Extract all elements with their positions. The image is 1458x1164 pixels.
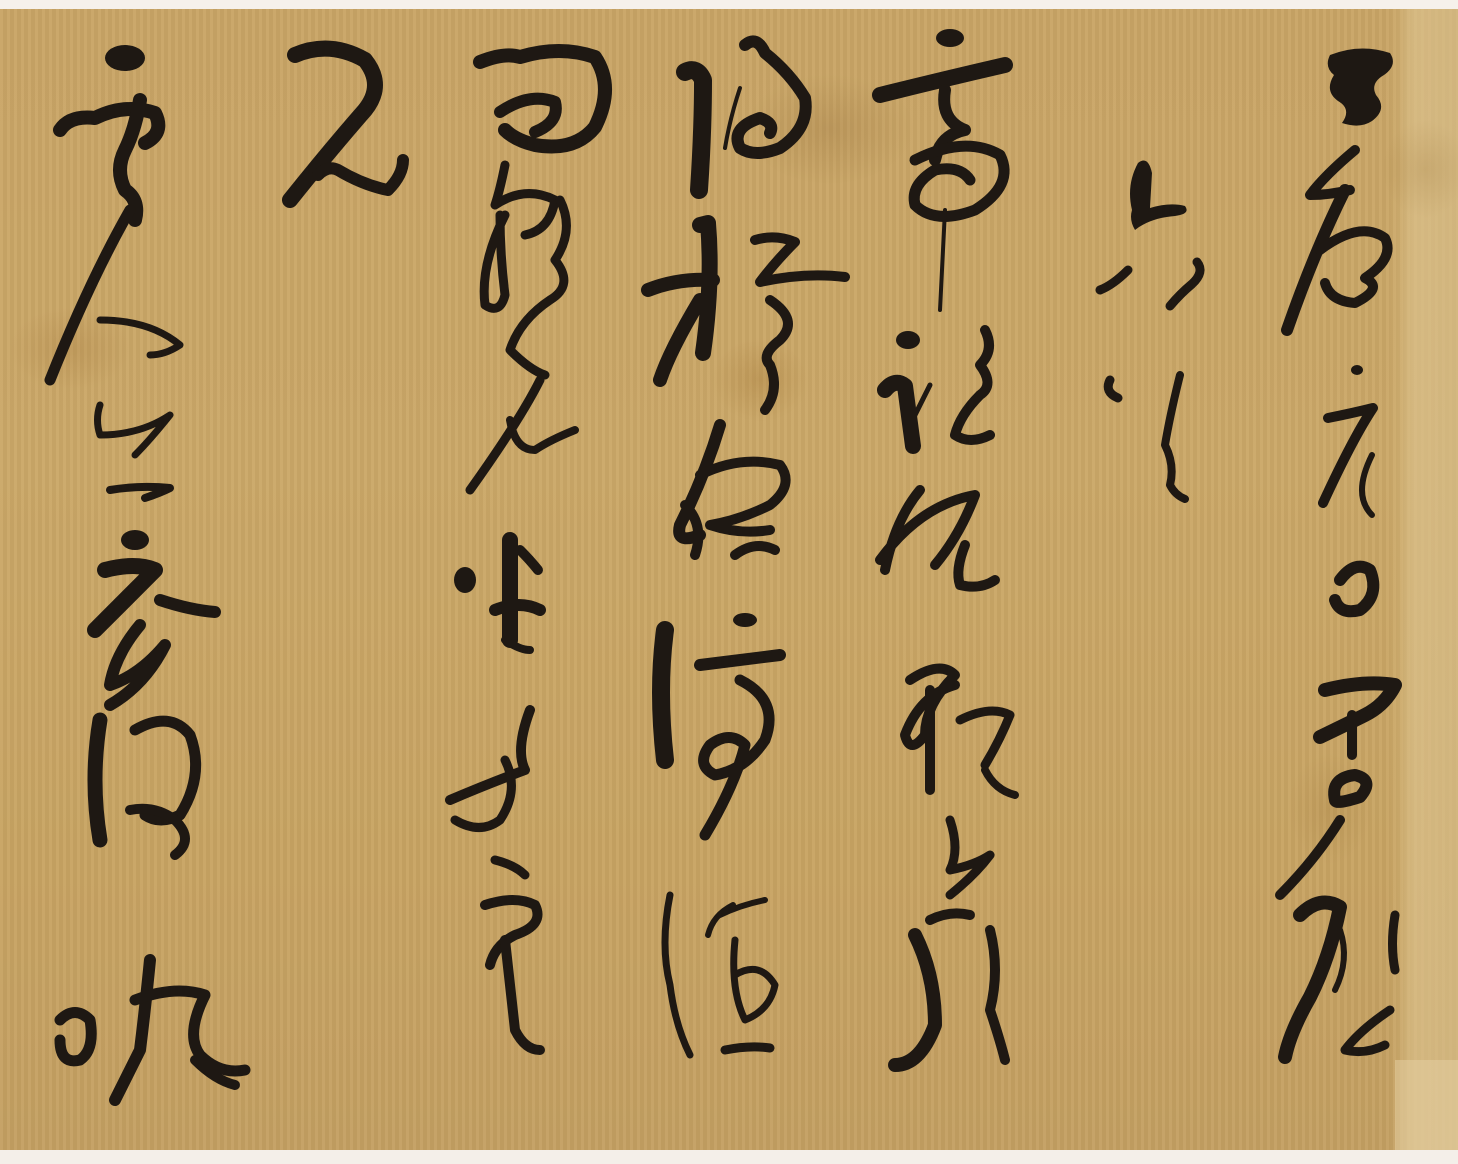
- column-5: [450, 51, 605, 1050]
- column-1: [1280, 48, 1395, 1057]
- calligraphy-ink-strokes: [0, 0, 1458, 1164]
- column-4: [648, 41, 845, 1055]
- column-3: [880, 29, 1015, 1065]
- column-2: [1100, 161, 1200, 499]
- column-6: [290, 49, 403, 200]
- column-7: [50, 45, 245, 1100]
